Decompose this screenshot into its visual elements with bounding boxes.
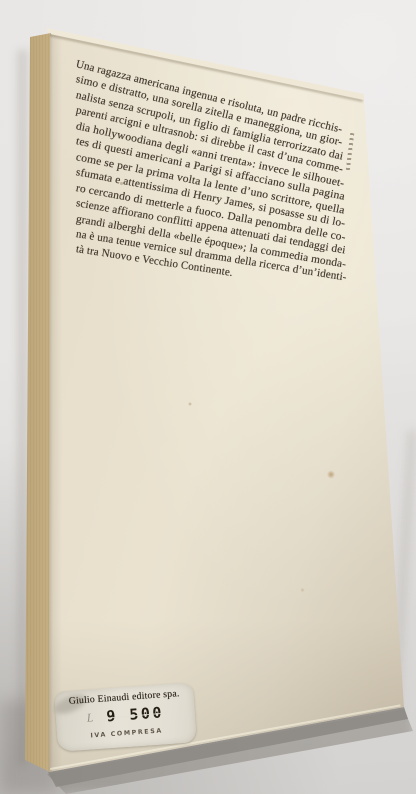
sticker-currency-symbol: L	[86, 710, 94, 725]
cover-stain	[188, 402, 192, 406]
photo-background: Giulio Einaudi editore spa. L9 500 IVA C…	[0, 0, 416, 794]
cover-stain	[327, 470, 335, 479]
cover-stain	[300, 588, 305, 592]
price-sticker: Giulio Einaudi editore spa. L9 500 IVA C…	[54, 682, 197, 752]
book-back-cover: Giulio Einaudi editore spa. L9 500 IVA C…	[0, 0, 416, 794]
